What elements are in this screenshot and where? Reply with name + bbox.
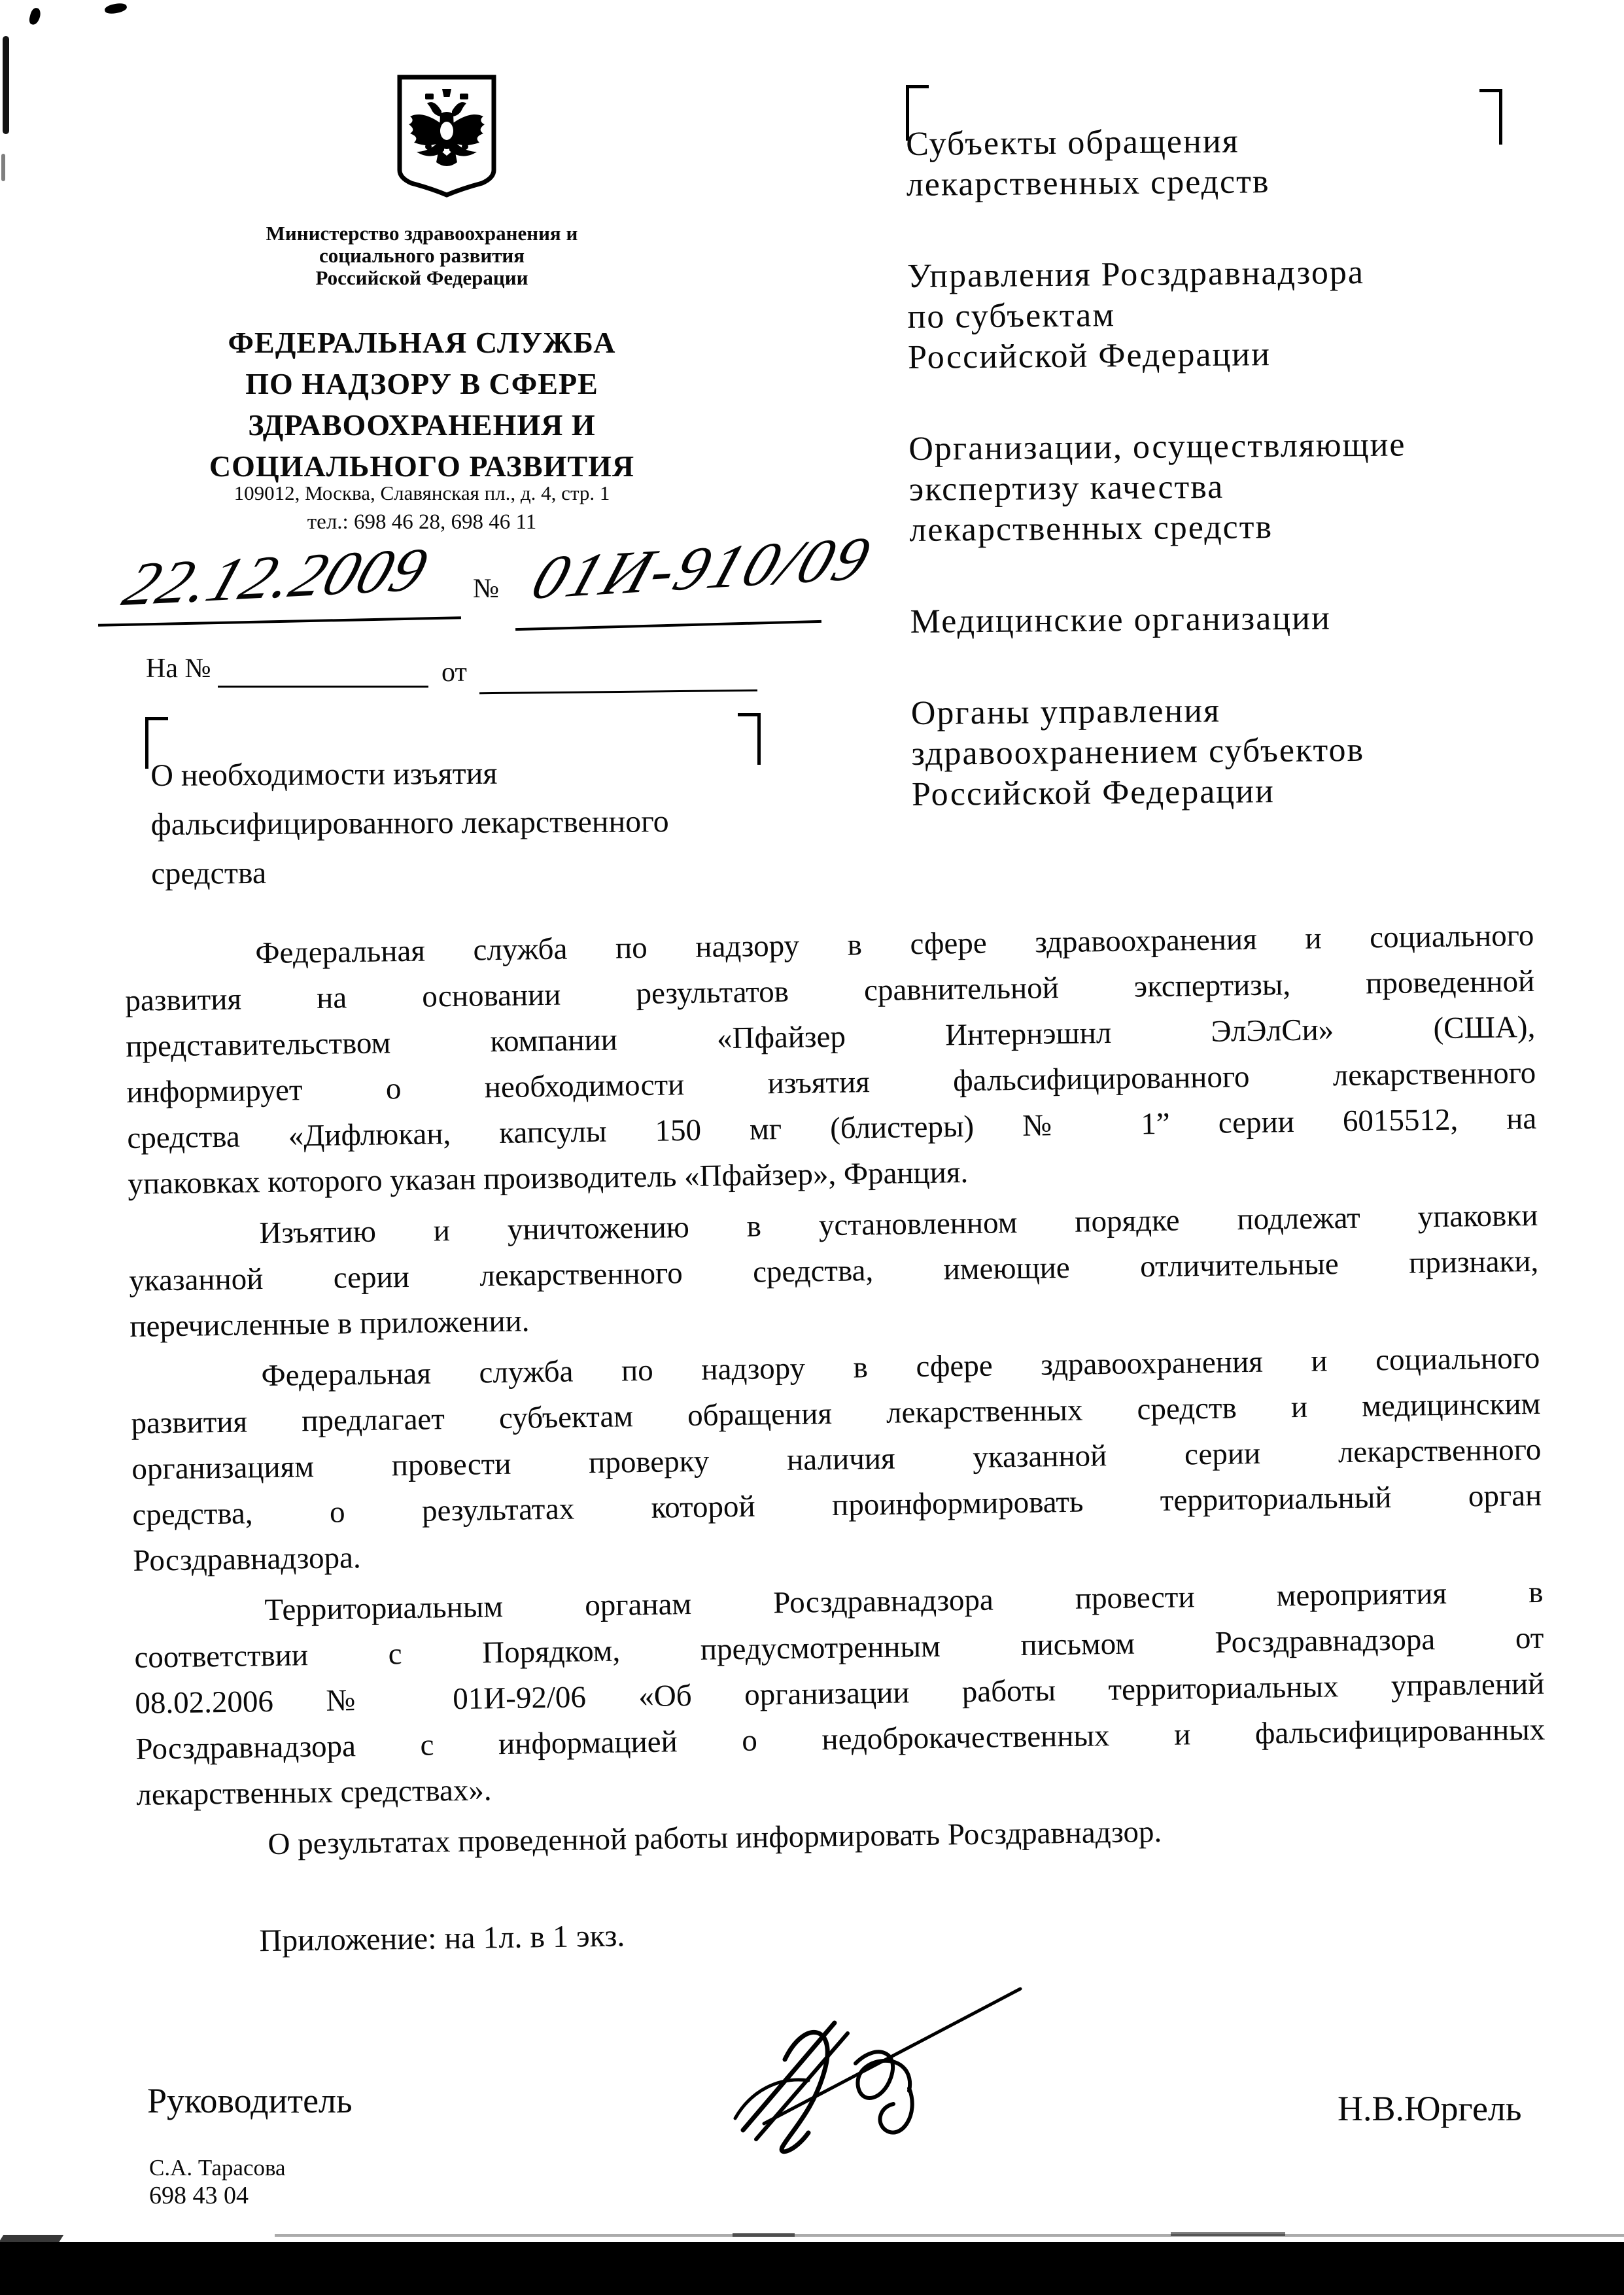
subject-line: О необходимости изъятия: [150, 747, 765, 800]
attachment-note: Приложение: на 1л. в 1 экз.: [138, 1901, 1548, 1966]
subject-block: О необходимости изъятия фальсифицированн…: [150, 747, 766, 898]
document-page: Министерство здравоохранения и социально…: [0, 0, 1624, 2295]
agency-name-line: СОЦИАЛЬНОГО РАЗВИТИЯ: [180, 446, 664, 487]
signer-position: Руководитель: [147, 2080, 353, 2121]
ministry-name: Министерство здравоохранения и социально…: [213, 222, 631, 289]
agency-name-line: ПО НАДЗОРУ В СФЕРЕ: [180, 363, 664, 404]
recipient-line: Органы управления: [911, 688, 1553, 734]
recipient-line: экспертизу качества: [909, 464, 1551, 510]
reply-number-label: На №: [146, 653, 211, 684]
recipient-line: Медицинские организации: [910, 596, 1551, 642]
ministry-line: Российской Федерации: [213, 267, 631, 289]
letter-body: Федеральная служба по надзору в сфере зд…: [124, 913, 1548, 1966]
recipient-line: здравоохранением субъектов: [911, 728, 1553, 775]
number-sign-label: №: [473, 573, 499, 604]
scan-edge-streak-icon: [3, 36, 9, 134]
recipient-group: Субъекты обращениялекарственных средств: [906, 118, 1547, 205]
coat-of-arms-icon: [394, 73, 499, 199]
body-paragraph: Территориальным органам Росздравнадзора …: [133, 1569, 1546, 1818]
scan-smudge-icon: [104, 2, 128, 15]
recipient-group: Управления Росздравнадзорапо субъектамРо…: [907, 251, 1549, 378]
recipient-line: Субъекты обращения: [906, 118, 1547, 165]
handwritten-date: 22.12.2009: [114, 533, 438, 620]
handwritten-outgoing-number: 01И-910/09: [523, 522, 882, 614]
signer-name: Н.В.Юргель: [1338, 2088, 1522, 2129]
recipient-group: Организации, осуществляющиеэкспертизу ка…: [908, 423, 1551, 551]
ministry-line: социального развития: [213, 245, 631, 267]
body-paragraph: Изъятию и уничтожению в установленном по…: [128, 1193, 1540, 1350]
recipient-line: по субъектам: [907, 291, 1549, 338]
subject-line: средства: [151, 845, 766, 898]
recipient-line: Российской Федерации: [912, 769, 1553, 815]
recipient-line: лекарственных средств: [909, 504, 1551, 551]
scan-line-artifact: [733, 2233, 795, 2237]
subject-line: фальсифицированного лекарственного: [150, 796, 765, 849]
reply-date-label: от: [441, 657, 467, 688]
agency-name: ФЕДЕРАЛЬНАЯ СЛУЖБА ПО НАДЗОРУ В СФЕРЕ ЗД…: [180, 322, 664, 487]
recipients: Субъекты обращениялекарственных средствУ…: [906, 118, 1553, 866]
recipient-line: Управления Росздравнадзора: [907, 251, 1549, 297]
body-paragraph: Федеральная служба по надзору в сфере зд…: [124, 913, 1538, 1207]
executor-phone: 698 43 04: [149, 2181, 249, 2210]
reply-number-blank: [218, 686, 428, 688]
agency-address: 109012, Москва, Славянская пл., д. 4, ст…: [150, 482, 693, 505]
recipient-line: Российской Федерации: [908, 332, 1549, 378]
ministry-line: Министерство здравоохранения и: [213, 222, 631, 245]
scan-line-artifact: [1171, 2232, 1285, 2236]
scan-speck-icon: [28, 7, 42, 26]
recipient-line: лекарственных средств: [907, 159, 1548, 205]
executor-name: С.А. Тарасова: [149, 2155, 286, 2181]
signature-scribble-icon: [680, 1981, 1060, 2164]
scan-black-bar: [0, 2242, 1624, 2295]
scan-line-artifact: [275, 2234, 1624, 2237]
recipient-group: Органы управленияздравоохранением субъек…: [911, 688, 1553, 815]
agency-phone: тел.: 698 46 28, 698 46 11: [150, 510, 693, 534]
scan-edge-streak-icon: [1, 154, 5, 181]
reply-date-blank: [479, 690, 757, 694]
number-underline: [515, 620, 821, 631]
agency-name-line: ФЕДЕРАЛЬНАЯ СЛУЖБА: [180, 322, 664, 363]
body-paragraph: Федеральная служба по надзору в сфере зд…: [130, 1335, 1543, 1584]
recipient-line: Организации, осуществляющие: [908, 423, 1550, 470]
recipient-group: Медицинские организации: [910, 596, 1551, 642]
agency-name-line: ЗДРАВООХРАНЕНИЯ И: [180, 404, 664, 446]
